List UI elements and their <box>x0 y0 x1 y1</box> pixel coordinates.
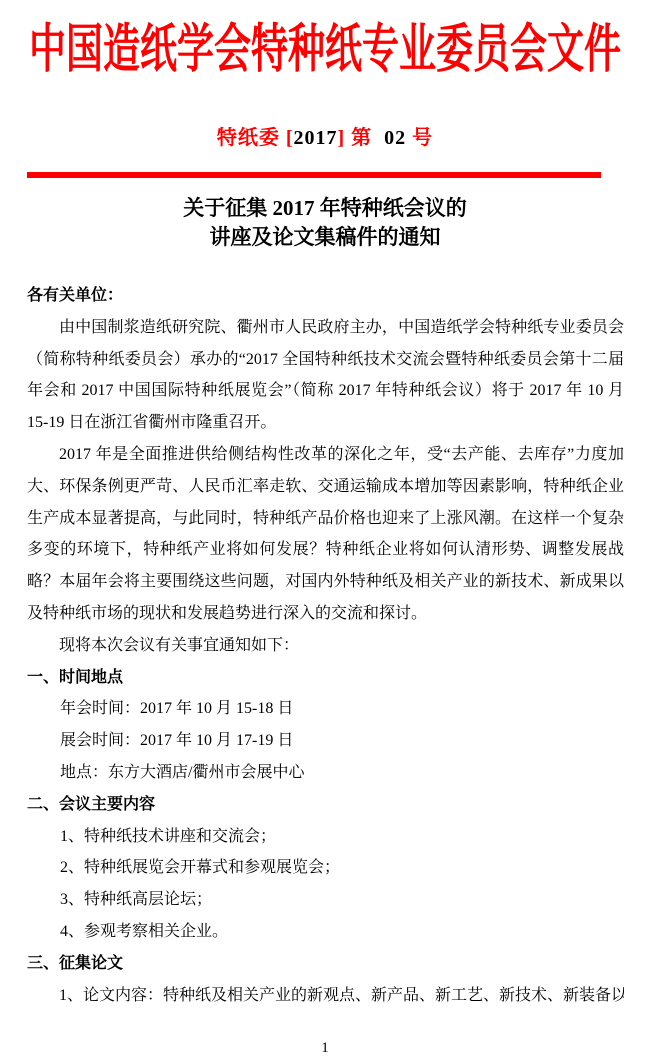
paragraph-notice-lead: 现将本次会议有关事宜通知如下： <box>27 630 624 662</box>
salutation: 各有关单位： <box>27 280 624 312</box>
doc-number-year: 2017 <box>294 127 338 149</box>
doc-number-bracket-close: ] <box>338 127 346 149</box>
document-title: 关于征集 2017 年特种纸会议的 讲座及论文集稿件的通知 <box>0 194 650 252</box>
paragraph-intro: 由中国制浆造纸研究院、衢州市人民政府主办，中国造纸学会特种纸专业委员会（简称特种… <box>27 312 624 439</box>
doc-number-committee: 特纸委 <box>217 127 280 149</box>
exhibition-time: 展会时间：2017 年 10 月 17-19 日 <box>27 725 624 757</box>
paragraph-background: 2017 年是全面推进供给侧结构性改革的深化之年，受“去产能、去库存”力度加大、… <box>27 439 624 630</box>
section-heading-call-for-papers: 三、征集论文 <box>27 948 624 980</box>
red-divider-rule <box>27 172 601 178</box>
doc-number-di: 第 <box>351 127 372 149</box>
section-heading-time-place: 一、时间地点 <box>27 662 624 694</box>
agenda-item-4: 4、参观考察相关企业。 <box>27 916 624 948</box>
doc-number-hao: 号 <box>412 127 433 149</box>
org-title: 中国造纸学会特种纸专业委员会文件 <box>0 24 650 77</box>
paper-content-line: 1、论文内容：特种纸及相关产业的新观点、新产品、新工艺、新技术、新装备以及市 <box>27 980 624 1012</box>
doc-number-bracket-open: [ <box>286 127 294 149</box>
agenda-item-1: 1、特种纸技术讲座和交流会； <box>27 821 624 853</box>
annual-meeting-time: 年会时间：2017 年 10 月 15-18 日 <box>27 693 624 725</box>
document-page: 中国造纸学会特种纸专业委员会文件 特纸委 [2017] 第 02 号 关于征集 … <box>0 0 650 1063</box>
venue: 地点：东方大酒店/衢州市会展中心 <box>27 757 624 789</box>
document-title-line1: 关于征集 2017 年特种纸会议的 <box>0 194 650 223</box>
agenda-item-3: 3、特种纸高层论坛； <box>27 884 624 916</box>
section-heading-main-content: 二、会议主要内容 <box>27 789 624 821</box>
doc-number-value: 02 <box>384 127 406 149</box>
agenda-item-2: 2、特种纸展览会开幕式和参观展览会； <box>27 852 624 884</box>
document-body: 各有关单位： 由中国制浆造纸研究院、衢州市人民政府主办，中国造纸学会特种纸专业委… <box>27 280 624 1011</box>
page-number: 1 <box>0 1040 650 1057</box>
document-number: 特纸委 [2017] 第 02 号 <box>0 121 650 150</box>
document-title-line2: 讲座及论文集稿件的通知 <box>0 223 650 252</box>
